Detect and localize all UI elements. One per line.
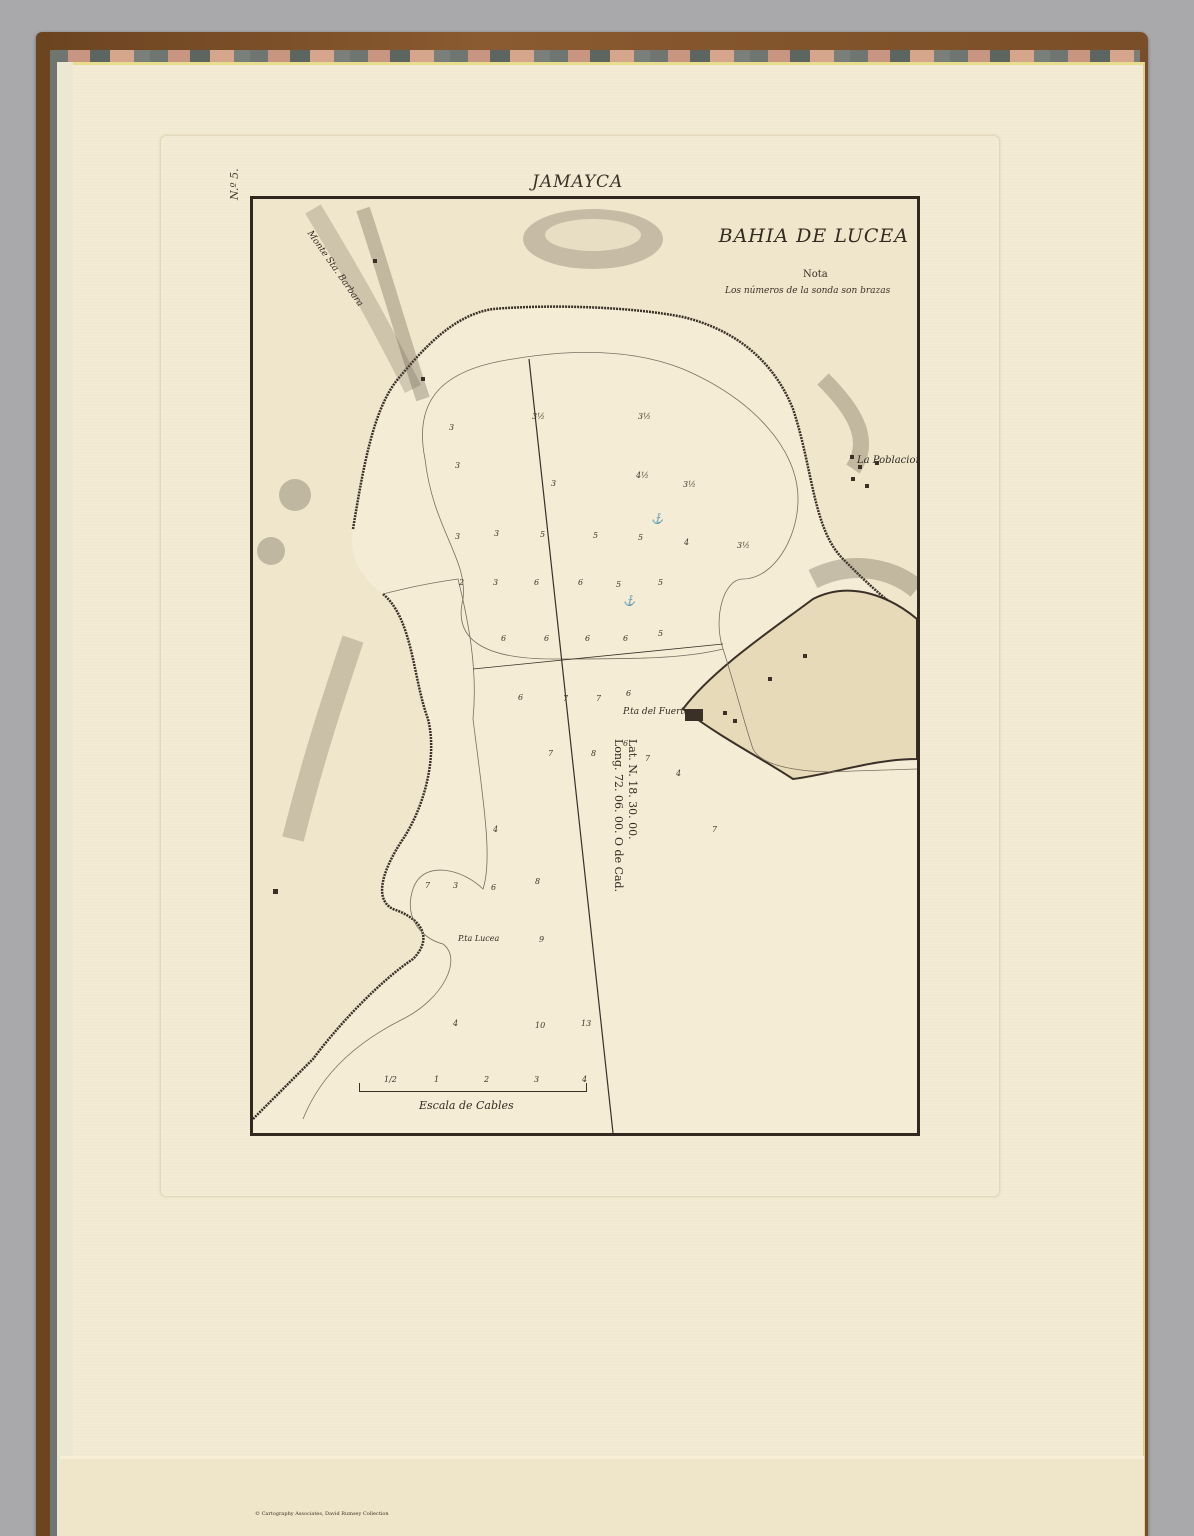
label-la-poblacion: La Poblacion — [857, 455, 920, 466]
depth-sounding: 3½ — [638, 412, 651, 421]
note-text: Los números de la sonda son brazas — [725, 286, 890, 296]
depth-sounding: 4 — [493, 825, 498, 834]
map-artwork: ⚓ ⚓ — [253, 199, 917, 1133]
depth-sounding: 3 — [494, 529, 499, 538]
region-header: JAMAYCA — [532, 172, 623, 192]
scale-bar: 1/2 1 2 3 4 — [359, 1083, 587, 1092]
meridian-line — [529, 359, 613, 1133]
note-label: Nota — [803, 269, 828, 280]
map-title: BAHIA DE LUCEA — [719, 225, 909, 247]
depth-sounding: 7 — [563, 694, 568, 703]
copyright-credit: © Cartography Associates, David Rumsey C… — [255, 1511, 389, 1517]
depth-sounding: 3 — [551, 479, 556, 488]
depth-sounding: 6 — [623, 634, 628, 643]
label-punta-del-fuerte: P.ta del Fuerte — [623, 707, 689, 717]
depth-sounding: 5 — [540, 530, 545, 539]
depth-sounding: 8 — [591, 749, 596, 758]
parallel-line — [473, 644, 723, 669]
depth-sounding: 3 — [453, 881, 458, 890]
longitude: Long. 72. 06. 00. O de Cad. — [611, 739, 625, 892]
label-punta-lucea: P.ta Lucea — [458, 934, 499, 943]
depth-sounding: 5 — [658, 578, 663, 587]
depth-sounding: 13 — [581, 1019, 591, 1028]
fort-peninsula — [683, 591, 917, 779]
depth-sounding: 6 — [491, 883, 496, 892]
depth-sounding: 5 — [616, 580, 621, 589]
depth-sounding: 4½ — [636, 471, 649, 480]
depth-sounding: 7 — [548, 749, 553, 758]
depth-sounding: 6 — [585, 634, 590, 643]
depth-sounding: 4 — [676, 769, 681, 778]
depth-sounding: 4 — [684, 538, 689, 547]
depth-sounding: 6 — [578, 578, 583, 587]
facing-page-edge — [60, 1456, 1144, 1536]
scale-tick: 2 — [484, 1075, 489, 1084]
depth-sounding: 3 — [449, 423, 454, 432]
depth-sounding: 5 — [658, 629, 663, 638]
depth-sounding: 6 — [544, 634, 549, 643]
scale-caption: Escala de Cables — [419, 1099, 514, 1112]
hill-knoll — [279, 479, 311, 511]
svg-text:⚓: ⚓ — [623, 594, 637, 607]
depth-sounding: 4 — [453, 1019, 458, 1028]
depth-sounding: 3 — [455, 532, 460, 541]
depth-sounding: 3½ — [532, 412, 545, 421]
depth-sounding: 3 — [493, 578, 498, 587]
depth-sounding: 2 — [459, 578, 464, 587]
depth-sounding: 7 — [596, 694, 601, 703]
depth-contour — [422, 352, 798, 659]
depth-sounding: 9 — [539, 935, 544, 944]
coordinates-label: Lat. N. 18. 30. 00. Long. 72. 06. 00. O … — [611, 739, 639, 892]
depth-sounding: 6 — [534, 578, 539, 587]
depth-sounding: 7 — [645, 754, 650, 763]
depth-sounding: 5 — [593, 531, 598, 540]
plate-number: N.º 5. — [228, 168, 241, 200]
depth-sounding: 5 — [638, 533, 643, 542]
depth-sounding: 3½ — [683, 480, 696, 489]
depth-sounding: 7 — [425, 881, 430, 890]
scale-tick: 3 — [534, 1075, 539, 1084]
depth-sounding: 6 — [501, 634, 506, 643]
depth-sounding: 3½ — [737, 541, 750, 550]
scale-tick: 1/2 — [384, 1075, 397, 1084]
depth-sounding: 8 — [535, 877, 540, 886]
map-frame: ⚓ ⚓ BAHIA DE LUCEA Nota Los números de l… — [250, 196, 920, 1136]
flyleaf — [57, 62, 74, 1536]
anchor-icon: ⚓ — [651, 512, 665, 525]
depth-sounding: 6 — [518, 693, 523, 702]
latitude: Lat. N. 18. 30. 00. — [625, 739, 639, 892]
scale-tick: 1 — [434, 1075, 439, 1084]
depth-sounding: 3 — [455, 461, 460, 470]
depth-sounding: 7 — [712, 825, 717, 834]
depth-sounding: 6 — [623, 739, 628, 748]
depth-sounding: 10 — [535, 1021, 545, 1030]
scale-tick: 4 — [582, 1075, 587, 1084]
depth-sounding: 6 — [626, 689, 631, 698]
